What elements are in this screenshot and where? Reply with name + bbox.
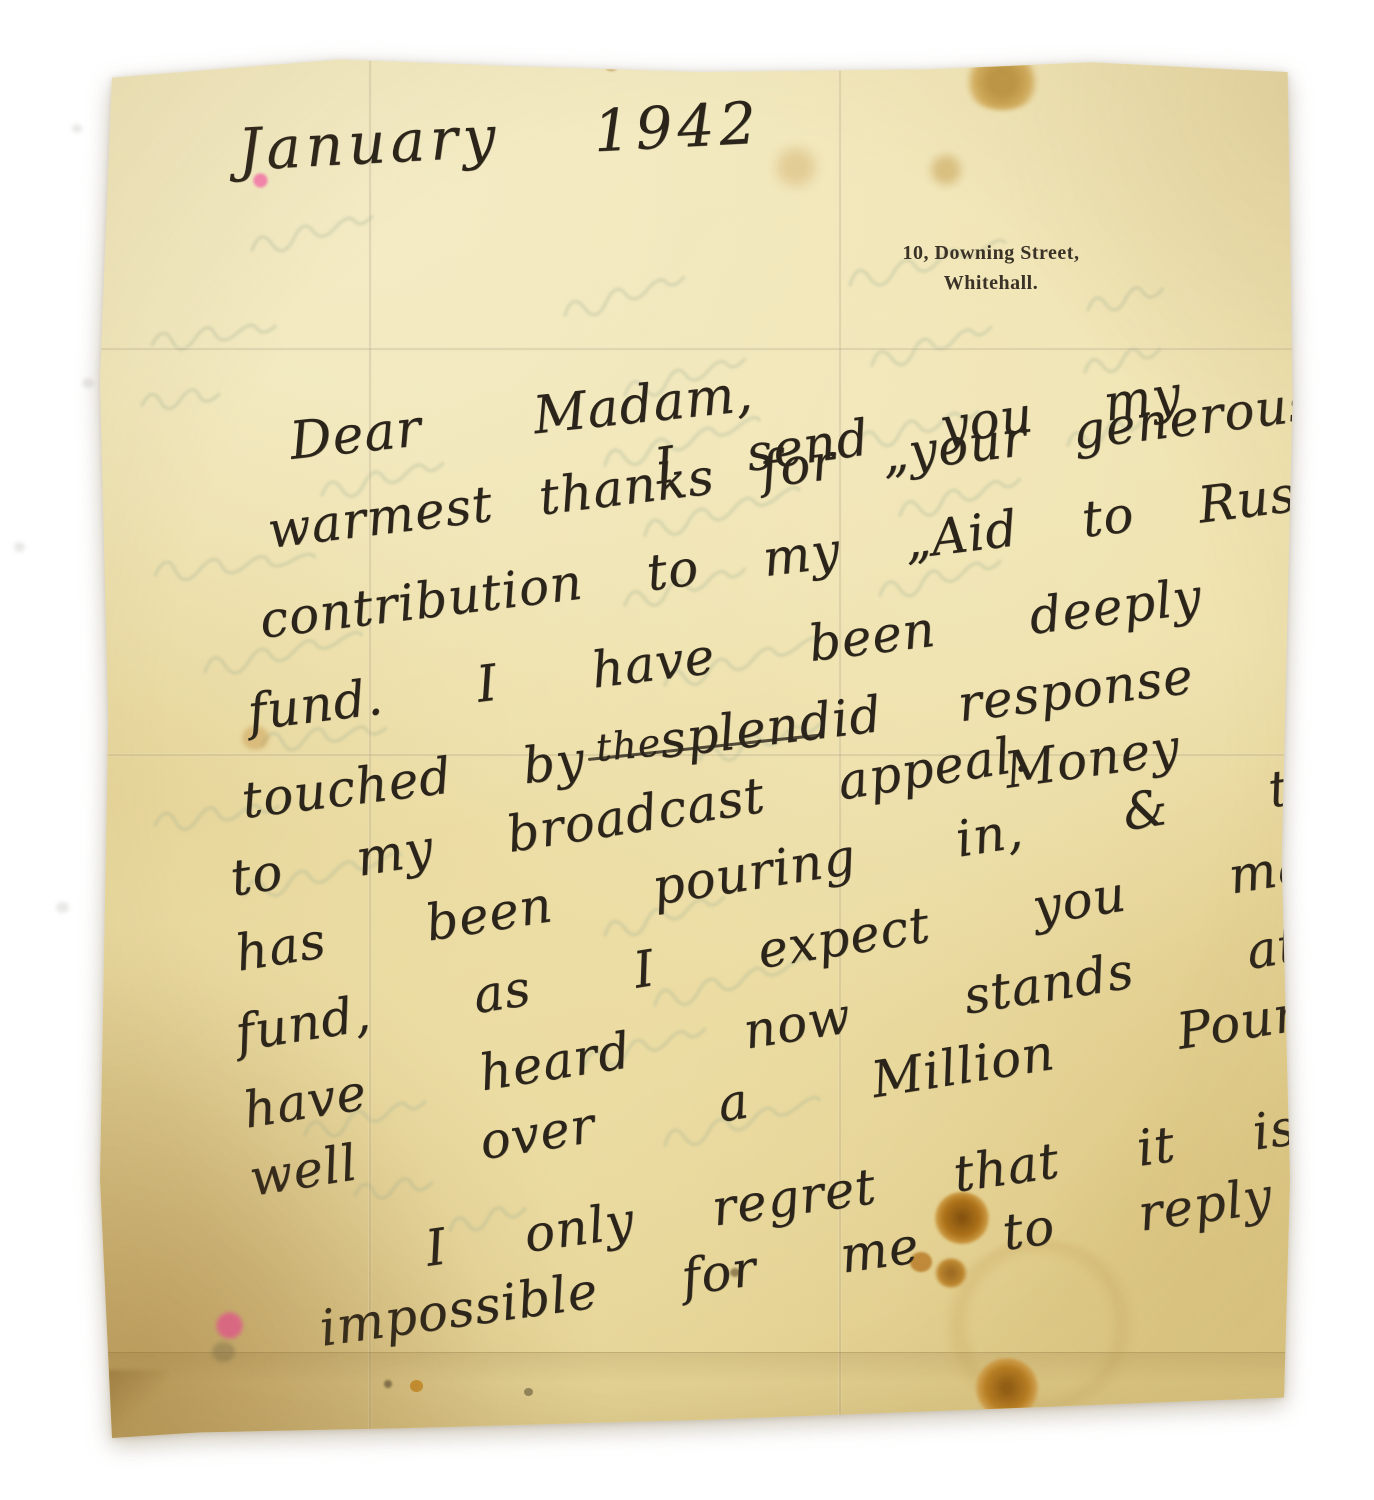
fold-crease-horizontal-upper bbox=[94, 347, 1296, 351]
brown-stain-faint bbox=[925, 152, 967, 188]
pink-mark-large bbox=[214, 1310, 245, 1341]
stain-speck bbox=[604, 58, 619, 71]
brown-stain-top-right bbox=[962, 54, 1042, 110]
corner-fold-shadow bbox=[94, 1370, 166, 1438]
paper-shadow-wrapper: January 1942 10, Downing Street, Whiteha… bbox=[0, 0, 1374, 1500]
letter-paper: January 1942 10, Downing Street, Whiteha… bbox=[94, 40, 1296, 1438]
photo-background: January 1942 10, Downing Street, Whiteha… bbox=[0, 0, 1374, 1500]
inserted-word-the: the bbox=[594, 720, 663, 770]
brown-stain-spot-large bbox=[975, 1358, 1039, 1418]
stain-speck bbox=[410, 1380, 423, 1392]
date-line: January 1942 bbox=[236, 89, 762, 184]
stain-speck bbox=[384, 1380, 392, 1388]
letterhead-address-line1: 10, Downing Street, bbox=[893, 238, 1089, 268]
stain-speck bbox=[524, 1388, 533, 1396]
letterhead: 10, Downing Street, Whitehall. bbox=[893, 238, 1089, 298]
gray-smudge bbox=[212, 1342, 235, 1362]
letterhead-address-line2: Whitehall. bbox=[893, 268, 1089, 298]
fold-crease-vertical-left bbox=[368, 40, 372, 1438]
brown-stain-faint bbox=[767, 144, 825, 190]
